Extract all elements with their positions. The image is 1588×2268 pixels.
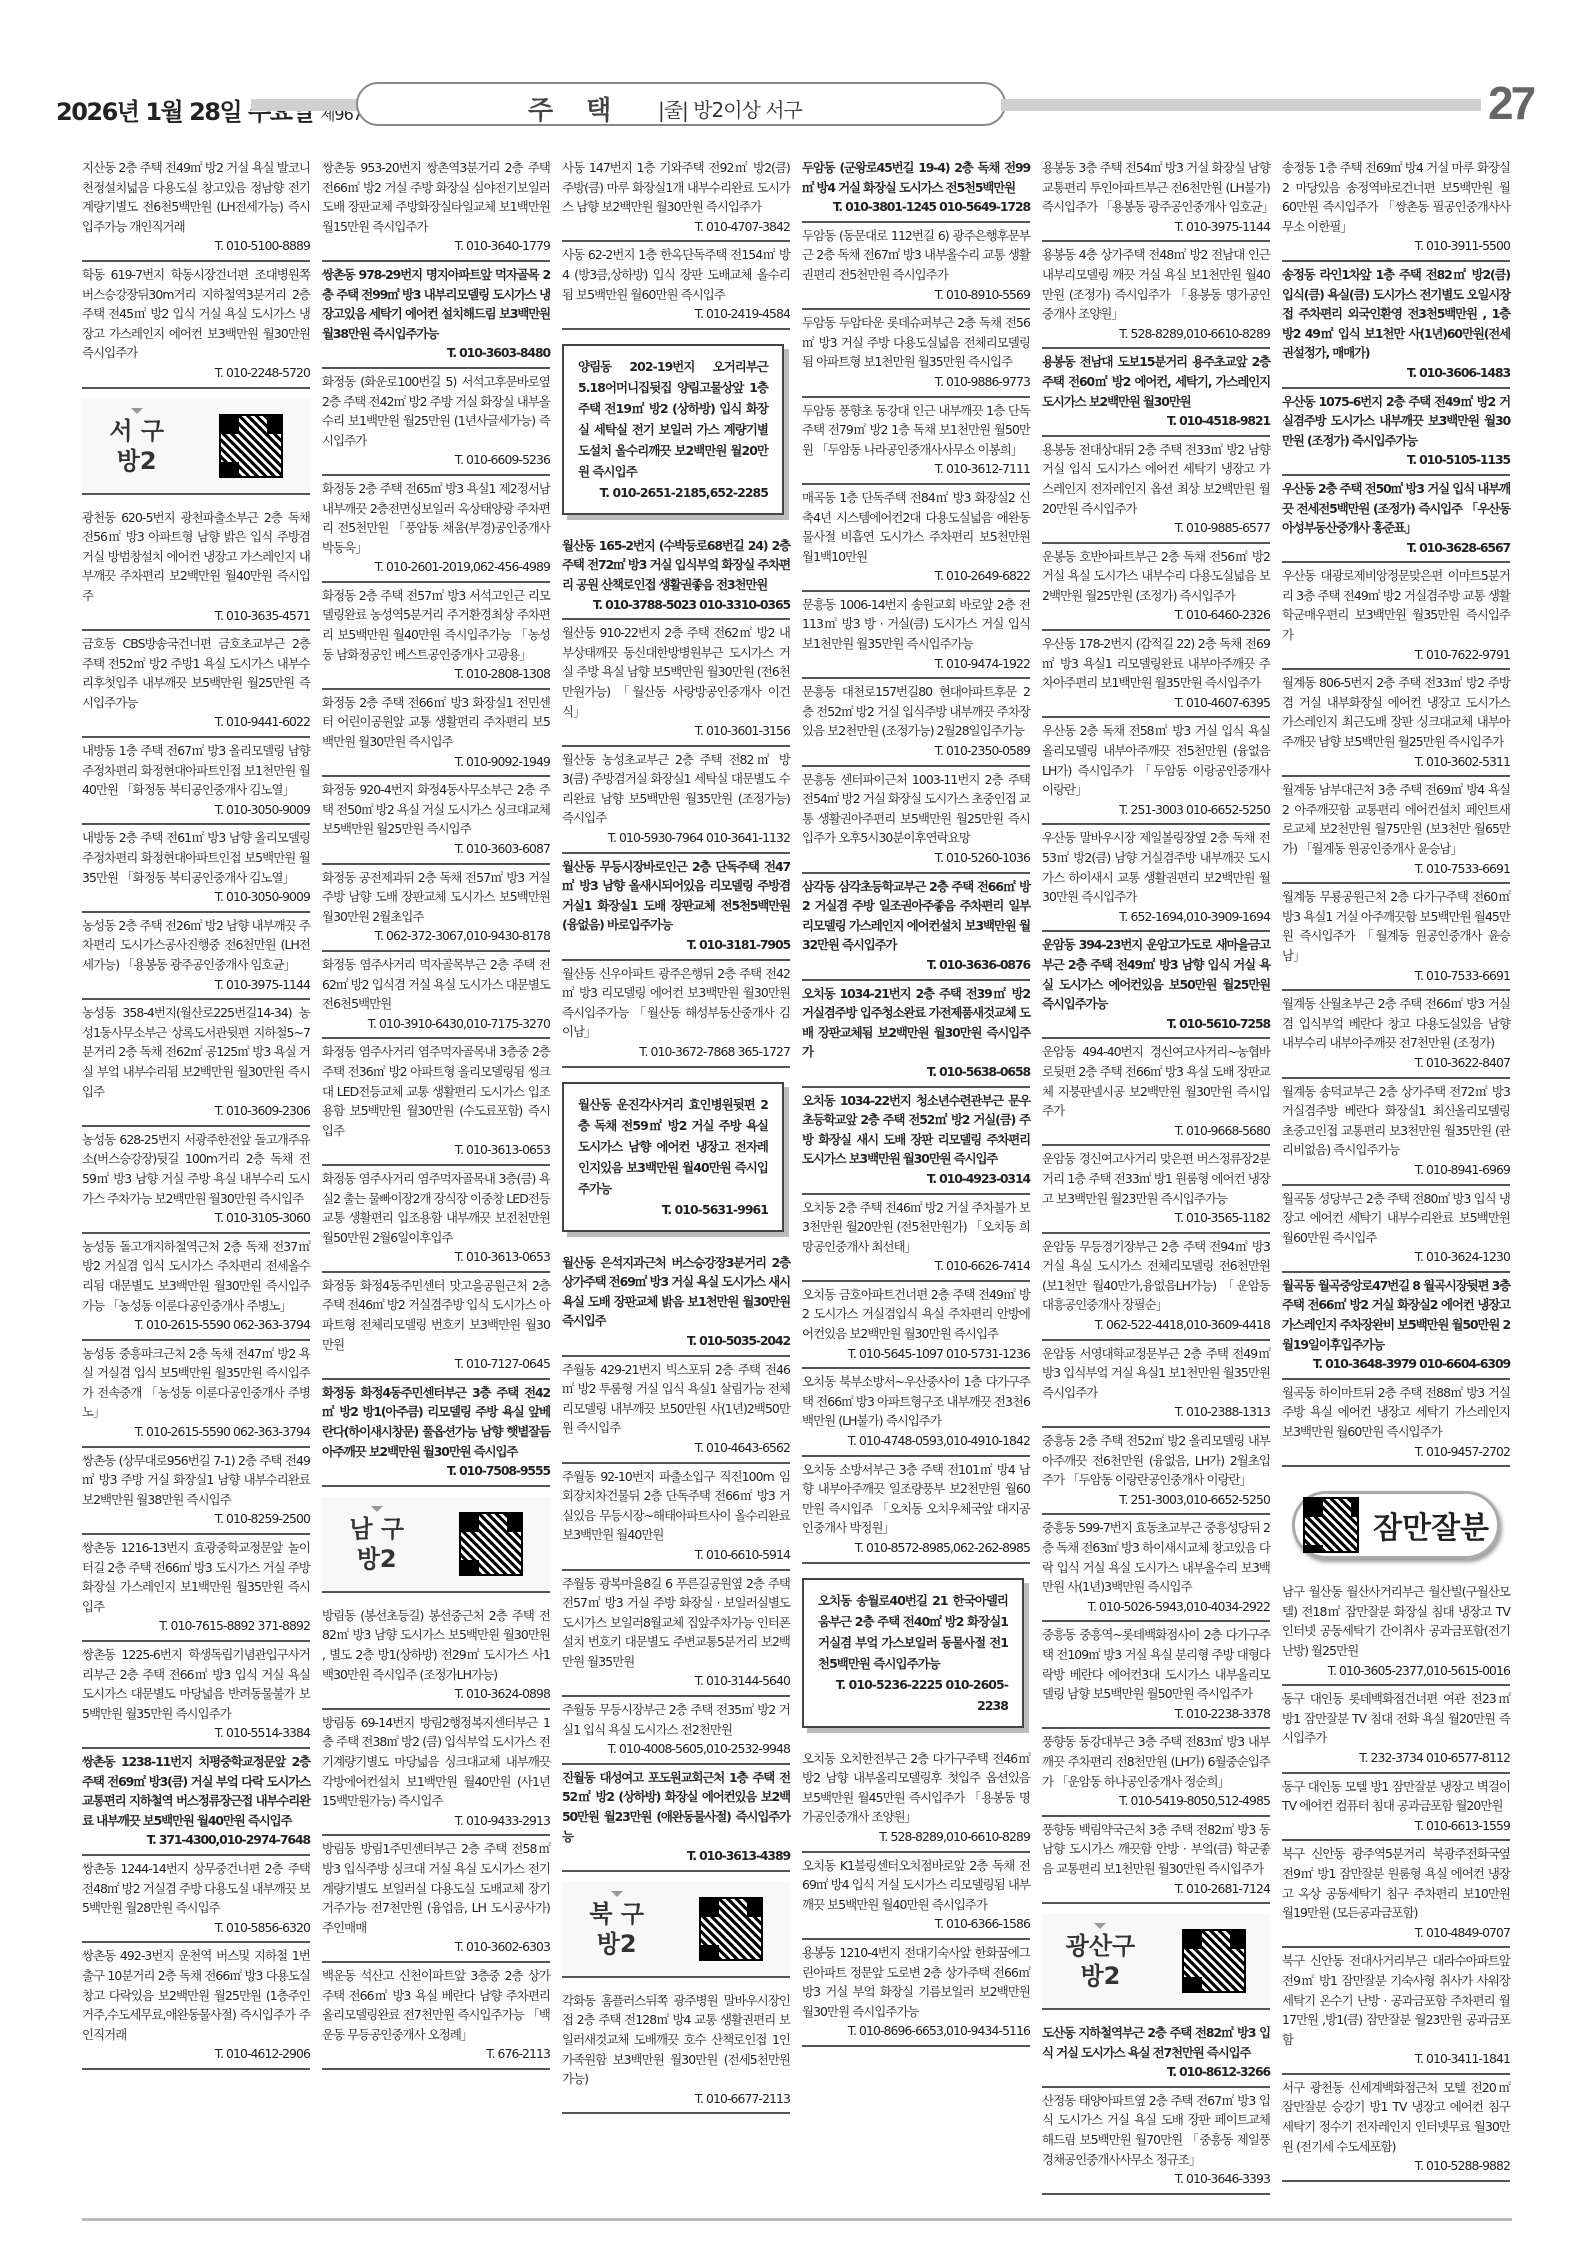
phone-number: T. 528-8289,010-6610-8289 [802, 1827, 1030, 1847]
listing-text: 용봉동 3층 주택 전54㎡ 방3 거실 화장실 남향 교통편리 투인아파트부근… [1042, 160, 1273, 214]
phone-number: T. 010-3624-1230 [1282, 1247, 1510, 1267]
listing-ad: 용봉동 3층 주택 전54㎡ 방3 거실 화장실 남향 교통편리 투인아파트부근… [1042, 155, 1270, 242]
phone-number: T. 371-4300,010-2974-7648 [82, 1830, 310, 1850]
listing-ad: 화정동 920-4번지 화정4동사무소부근 2층 주택 전50㎡ 방2 욕실 거… [322, 777, 550, 864]
listing-ad: 동구 대인동 모텔 방1 잠만잘분 냉장고 벽걸이TV 에어컨 컴퓨터 침대 공… [1282, 1774, 1510, 1842]
listing-ad: 우산동 2층 독채 전58㎡ 방3 거실 입식 욕실 올리모델링 내부아주깨끗 … [1042, 718, 1270, 825]
listing-ad: 쌍촌동 1244-14번지 상무중건너편 2층 주택 전48㎡ 방2 거실겸 주… [82, 1856, 310, 1943]
listing-text: 용봉동 전남대 도보15분거리 용주초교앞 2층 주택 전60㎡ 방2 에어컨,… [1042, 354, 1270, 408]
phone-number: T. 010-3565-1182 [1042, 1208, 1270, 1228]
phone-number: T. 010-3672-7868 365-1727 [562, 1042, 790, 1062]
column-1: 지산동 2층 주택 전49㎡ 방2 거실 욕실 발코니천정설치넓음 다용도실 창… [82, 155, 310, 2215]
phone-number: T. 010-3105-3060 [82, 1208, 310, 1228]
listing-text: 북구 신안동 전대사거리부근 대라수아파트앞 전9㎡ 방1 잠만잘분 기숙사형 … [1282, 1953, 1510, 2046]
phone-number: T. 010-7127-0645 [322, 1354, 550, 1374]
listing-text: 월곡동 월곡중앙로47번길 8 월곡시장뒷편 3층 주택 전66㎡ 방2 거실 … [1282, 1278, 1510, 1352]
phone-number: T. 010-6613-1559 [1282, 1816, 1510, 1836]
listing-text: 풍향동 동강대부근 3층 주택 전83㎡ 방3 내부깨끗 주차편리 전8천만원 … [1042, 1734, 1270, 1788]
listing-ad: 운암동 394-23번지 운암고가도로 새마을금고부근 2층 주택 전49㎡ 방… [1042, 932, 1270, 1039]
listing-ad: 우산동 말바우시장 제일볼링장옆 2층 독채 전53㎡ 방2(큼) 남향 거실겸… [1042, 825, 1270, 932]
phone-number: T. 010-3624-0898 [322, 1684, 550, 1704]
phone-number: T. 010-3635-4571 [82, 606, 310, 626]
section-subtitle: |줄| 방2이상 서구 [658, 94, 802, 123]
phone-number: T. 010-3602-5311 [1282, 752, 1510, 772]
qr-code-icon[interactable] [699, 1897, 763, 1961]
listing-ad: 금호동 CBS방송국건너편 금호초교부근 2층 주택 전52㎡ 방2 주방1 욕… [82, 631, 310, 738]
listing-ad: 화정동 2층 주택 전57㎡ 방3 서석고인근 리모델링완료 농성역5분거리 주… [322, 583, 550, 690]
phone-number: T. 010-6610-5914 [562, 1545, 790, 1565]
phone-number: T. 010-3411-1841 [1282, 2049, 1510, 2069]
listing-text: 중흥동 중흥역~롯데백화점사이 2층 다가구주택 전109㎡ 방3 거실 욕실 … [1042, 1627, 1270, 1701]
listing-text: 오치동 오치한전부근 2층 다가구주택 전46㎡ 방2 남향 내부올리모델링후 … [802, 1751, 1030, 1825]
listing-text: 주월동 429-21번지 빅스포뒤 2층 주택 전46㎡ 방2 투룸형 거실 입… [562, 1362, 790, 1436]
phone-number: T. 010-3602-6303 [322, 1937, 550, 1957]
listing-ad: 학동 619-7번지 학동시장건너편 조대병원쪽 버스승강장뒤30m거리 지하철… [82, 262, 310, 389]
phone-number: T. 010-5638-0658 [802, 1062, 1030, 1082]
phone-number: T. 232-3734 010-6577-8112 [1282, 1748, 1510, 1768]
phone-number: T. 010-3911-5500 [1282, 236, 1510, 256]
listing-text: 월곡동 하이마트뒤 2층 주택 전88㎡ 방3 거실 주방 욕실 에어컨 냉장고… [1282, 1385, 1510, 1439]
listing-text: 주월동 92-10번지 파출소입구 직진100m 임 회장치차건물뒤 2층 단독… [562, 1469, 790, 1543]
listing-text: 용봉동 4층 상가주택 전48㎡ 방2 전남대 인근 내부리모델링 깨끗 거실 … [1042, 247, 1270, 321]
listing-ad: 송정동 1층 주택 전69㎡ 방4 거실 마루 화장실2 마당있음 송정역바로건… [1282, 155, 1510, 262]
section-title: 주 택 [528, 90, 623, 127]
phone-number: T. 010-5930-7964 010-3641-1132 [562, 828, 790, 848]
phone-number: T. 010-3601-3156 [562, 721, 790, 741]
phone-number: T. 010-2601-2019,062-456-4989 [322, 557, 550, 577]
listing-text: 월곡동 성당부근 2층 주택 전80㎡ 방3 입식 냉장고 에어컨 세탁기 내부… [1282, 1191, 1510, 1245]
phone-number: T. 010-5288-9882 [1282, 2156, 1510, 2176]
listing-ad: 오치동 송월로40번길 21 한국아델리움부근 2층 주택 전40㎡ 방2 화장… [802, 1578, 1024, 1728]
listing-text: 운암동 경신여고사거리 맞은편 버스정류장2분거리 1층 주택 전33㎡ 방1 … [1042, 1151, 1270, 1205]
listing-text: 방림동 69-14번지 방림2행정복지센터부근 1층 주택 전38㎡ 방2 (큼… [322, 1715, 550, 1808]
listing-ad: 용봉동 4층 상가주택 전48㎡ 방2 전남대 인근 내부리모델링 깨끗 거실 … [1042, 242, 1270, 349]
listing-ad: 주월동 무등시장부근 2층 주택 전35㎡ 방2 거실1 입식 욕실 도시가스 … [562, 1697, 790, 1765]
district-header-gwangsangu: 광산구방2 [1042, 1914, 1270, 2010]
listing-ad: 농성동 2층 주택 전26㎡ 방2 남향 내부깨끗 주차편리 도시가스공사진행중… [82, 913, 310, 1000]
phone-number: T. 010-5610-7258 [1042, 1014, 1270, 1034]
listing-text: 화정동 화정4동주민센터부근 3층 주택 전42㎡ 방2 방1(아주큼) 리모델… [322, 1385, 550, 1459]
listing-text: 두암동 (동문대로 112번길 6) 광주은행후문부근 2층 독채 전67㎡ 방… [802, 228, 1030, 282]
listing-text: 운암동 494-40번지 경신여고사거리~농협바로뒷편 2층 주택 전66㎡ 방… [1042, 1044, 1270, 1118]
listing-text: 오치동 1034-21번지 2층 주택 전39㎡ 방2 거실겸주방 입주청소완료… [802, 986, 1030, 1060]
phone-number: T. 010-3050-9009 [82, 887, 310, 907]
phone-number: T. 010-6609-5236 [322, 450, 550, 470]
listing-text: 송정동 라인1차앞 1층 주택 전82㎡ 방2(큼) 입식(큼) 욕실(큼) 도… [1282, 267, 1510, 360]
listing-text: 월산동 은석지과근처 버스승강장3분거리 2층 상가주택 전69㎡ 방3 거실 … [562, 1255, 790, 1329]
listing-text: 운암동 서영대학교정문부근 2층 주택 전49㎡ 방3 입식부엌 거실 욕실1 … [1042, 1346, 1270, 1400]
phone-number: T. 010-3975-1144 [82, 975, 310, 995]
listing-text: 광천동 620-5번지 광천파출소부근 2층 독채 전56㎡ 방3 아파트형 남… [82, 510, 310, 603]
listing-text: 금호동 CBS방송국건너편 금호초교부근 2층 주택 전52㎡ 방2 주방1 욕… [82, 636, 310, 710]
listing-text: 백운동 석산고 신천이파트앞 3층중 2층 상가주택 전66㎡ 방3 욕실 베란… [322, 1968, 550, 2042]
phone-number: T. 010-8572-8985,062-262-8985 [802, 1538, 1030, 1558]
listing-ad: 주월동 광복마을8길 6 푸른길공원옆 2층 주택 전57㎡ 방3 거실 주방 … [562, 1571, 790, 1698]
phone-number: T. 010-3612-7111 [802, 459, 1030, 479]
header-rule-left [251, 99, 361, 111]
listing-text: 오치동 북부소방서~우산중사이 1층 다가구주택 전66㎡ 방3 아파트형구조 … [802, 1374, 1030, 1428]
listing-ad: 화정동 공전제과뒤 2층 독채 전57㎡ 방3 거실 주방 남향 도배 장판교체… [322, 865, 550, 952]
phone-number: T. 010-6366-1586 [802, 1914, 1030, 1934]
phone-number: T. 010-6626-7414 [802, 1256, 1030, 1276]
listing-ad: 주월동 429-21번지 빅스포뒤 2층 주택 전46㎡ 방2 투룸형 거실 입… [562, 1357, 790, 1464]
listing-ad: 농성동 358-4번지(월산로225번길14-34) 농성1동사무소부근 상록도… [82, 1000, 310, 1127]
listing-text: 화정동 화정4동주민센터 맛고을공원근처 2층 주택 전46㎡ 방2 거실겸주방… [322, 1278, 550, 1352]
listing-ad: 남구 월산동 월산사거리부근 월산빌(구월산모텔) 전18㎡ 잠만잘분 화장실 … [1282, 1579, 1510, 1686]
listing-ad: 용봉동 1210-4번지 전대기숙사앞 한화꿈에그린아파트 정문앞 도로변 2층… [802, 1940, 1030, 2047]
phone-number: T. 010-9441-6022 [82, 712, 310, 732]
listing-ad: 월곡동 하이마트뒤 2층 주택 전88㎡ 방3 거실 주방 욕실 에어컨 냉장고… [1282, 1380, 1510, 1467]
listing-text: 우산동 대광로제비앙정문맞은편 이마트5분거리 3층 주택 전49㎡ 방2 거실… [1282, 568, 1510, 642]
listing-ad: 화정동 염주사거리 먹자골목부근 2층 주택 전62㎡ 방2 입식겸 거실 욕실… [322, 952, 550, 1039]
column-2: 쌍촌동 953-20번지 쌍촌역3분거리 2층 주택 전66㎡ 방2 거실 주방… [322, 155, 550, 2215]
listing-ad: 오치동 1034-21번지 2층 주택 전39㎡ 방2 거실겸주방 입주청소완료… [802, 981, 1030, 1088]
listing-ad: 월곡동 월곡중앙로47번길 8 월곡시장뒷편 3층 주택 전66㎡ 방2 거실 … [1282, 1273, 1510, 1380]
qr-code-icon[interactable] [1182, 1929, 1246, 1993]
listing-text: 사동 147번지 1층 기와주택 전92㎡ 방2(큼) 주방(큼) 마루 화장실… [562, 160, 790, 214]
phone-number: T. 010-5419-8050,512-4985 [1042, 1791, 1270, 1811]
listing-text: 화정동 공전제과뒤 2층 독채 전57㎡ 방3 거실 주방 남향 도배 장판교체… [322, 870, 550, 924]
listing-ad: 각화동 홈플러스뒤쪽 광주병원 말바우시장인접 2층 주택 전128㎡ 방4 교… [562, 1988, 790, 2115]
listing-ad: 두암동 풍향초 동강대 인근 내부깨끗 1층 단독주택 전79㎡ 방2 1층 독… [802, 398, 1030, 485]
phone-number: T. 010-3636-0876 [802, 955, 1030, 975]
phone-number: T. 010-7533-6691 [1282, 859, 1510, 879]
listing-text: 농성동 2층 주택 전26㎡ 방2 남향 내부깨끗 주차편리 도시가스공사진행중… [82, 918, 310, 972]
listing-ad: 우산동 2층 주택 전50㎡ 방3 거실 입식 내부깨끗 전세전5백만원 (조정… [1282, 476, 1510, 563]
phone-number: T. 010-9092-1949 [322, 752, 550, 772]
listing-ad: 지산동 2층 주택 전49㎡ 방2 거실 욕실 발코니천정설치넓음 다용도실 창… [82, 155, 310, 262]
listing-ad: 운암동 무등경기장부근 2층 주택 전94㎡ 방3 거실 욕실 도시가스 전체리… [1042, 1234, 1270, 1341]
listing-text: 농성동 358-4번지(월산로225번길14-34) 농성1동사무소부근 상록도… [82, 1005, 310, 1098]
phone-number: T. 010-4748-0593,010-4910-1842 [802, 1431, 1030, 1451]
phone-number: T. 010-2649-6822 [802, 566, 1030, 586]
listing-text: 주월동 광복마을8길 6 푸른길공원옆 2층 주택 전57㎡ 방3 거실 주방 … [562, 1576, 790, 1669]
listing-ad: 월계동 남부대근처 3층 주택 전69㎡ 방4 욕실2 아주깨끗함 교통편리 에… [1282, 777, 1510, 884]
listing-ad: 주월동 92-10번지 파출소입구 직진100m 임 회장치차건물뒤 2층 단독… [562, 1464, 790, 1571]
listing-text: 우산동 1075-6번지 2층 주택 전49㎡ 방2 거실겸주방 도시가스 내부… [1282, 394, 1510, 448]
listing-ad: 동구 대인동 롯데백화점건너편 여관 전23㎡ 방1 잠만잘분 TV 침대 전화… [1282, 1686, 1510, 1773]
phone-number: T. 676-2113 [322, 2044, 550, 2064]
listing-ad: 서구 광천동 신세계백화점근처 모텔 전20㎡ 잠만잘분 승강기 방1 TV 냉… [1282, 2075, 1510, 2182]
listing-text: 오치동 2층 주택 전46㎡ 방2 거실 주차불가 보3천만원 월20만원 (전… [802, 1200, 1030, 1254]
phone-number: T. 010-9668-5680 [1042, 1121, 1270, 1141]
phone-number: T. 010-5514-3384 [82, 1723, 310, 1743]
listing-text: 북구 신안동 광주역5분거리 북광주전화국옆 전9㎡ 방1 잠만잘분 원룸형 욕… [1282, 1846, 1510, 1920]
listing-text: 두암동 두암타운 롯데슈퍼부근 2층 독채 전56㎡ 방3 거실 주방 다용도실… [802, 315, 1030, 369]
listing-ad: 쌍촌동 (상무대로956번길 7-1) 2층 주택 전49㎡ 방3 주방 거실 … [82, 1448, 310, 1535]
listing-text: 송정동 1층 주택 전69㎡ 방4 거실 마루 화장실2 마당있음 송정역바로건… [1282, 160, 1510, 234]
phone-number: T. 010-4923-0314 [802, 1169, 1030, 1189]
listing-text: 용봉동 전대상대뒤 2층 주택 전33㎡ 방2 남향 거실 입식 도시가스 에어… [1042, 442, 1270, 516]
listing-text: 화정동 염주사거리 먹자골목부근 2층 주택 전62㎡ 방2 입식겸 거실 욕실… [322, 957, 550, 1011]
listing-ad: 농성동 628-25번지 서광주한전앞 돌고개주유소(버스승강장)뒷길 100m… [82, 1127, 310, 1234]
listing-ad: 화정동 염주사거리 염주먹자골목내 3층(큼) 욕실2 출는 물빠이장2개 장식… [322, 1166, 550, 1273]
listing-ad: 농성동 돌고개지하철역근처 2층 독채 전37㎡ 방2 거실겸 입식 도시가스 … [82, 1234, 310, 1341]
listing-text: 동구 대인동 롯데백화점건너편 여관 전23㎡ 방1 잠만잘분 TV 침대 전화… [1282, 1691, 1510, 1745]
phone-number: T. 010-3613-0653 [322, 1247, 550, 1267]
phone-number: T. 010-3613-0653 [322, 1140, 550, 1160]
listing-text: 사동 62-2번지 1층 한옥단독주택 전154㎡ 방4 (방3큼,상하방) 입… [562, 247, 790, 301]
district-header-bukgu: 북 구방2 [562, 1882, 790, 1978]
listing-ad: 오치동 오치한전부근 2층 다가구주택 전46㎡ 방2 남향 내부올리모델링후 … [802, 1746, 1030, 1853]
listing-text: 양림동 202-19번지 오거리부근 5.18어머니집뒷집 양림고물상앞 1층 … [578, 359, 768, 479]
phone-number: T. 010-2681-7124 [1042, 1879, 1270, 1899]
listing-text: 월계동 남부대근처 3층 주택 전69㎡ 방4 욕실2 아주깨끗함 교통편리 에… [1282, 782, 1510, 856]
listing-text: 오치동 소방서부근 3층 주택 전101㎡ 방4 남향 내부아주깨끗 일조량풍부… [802, 1462, 1030, 1536]
listing-ad: 쌍촌동 953-20번지 쌍촌역3분거리 2층 주택 전66㎡ 방2 거실 주방… [322, 155, 550, 262]
phone-number: T. 010-7508-9555 [322, 1461, 550, 1481]
listing-text: 문흥동 센터파이근처 1003-11번지 2층 주택 전54㎡ 방2 거실 화장… [802, 772, 1030, 846]
phone-number: T. 010-2808-1308 [322, 664, 550, 684]
phone-number: T. 010-9433-2913 [322, 1811, 550, 1831]
phone-number: T. 010-3613-4389 [562, 1846, 790, 1866]
listing-ad: 중흥동 599-7번지 효동초교부근 중흥성당뒤 2층 독채 전63㎡ 방3 하… [1042, 1515, 1270, 1622]
listing-ad: 운암동 494-40번지 경신여고사거리~농협바로뒷편 2층 주택 전66㎡ 방… [1042, 1039, 1270, 1146]
listing-text: 서구 광천동 신세계백화점근처 모텔 전20㎡ 잠만잘분 승강기 방1 TV 냉… [1282, 2080, 1510, 2154]
qr-code-icon[interactable] [219, 414, 283, 478]
phone-number: T. 010-4607-6395 [1042, 693, 1270, 713]
phone-number: T. 010-3603-8480 [322, 343, 550, 363]
listing-ad: 쌍촌동 1225-6번지 학생독립기념관입구사거리부근 2층 주택 전66㎡ 방… [82, 1642, 310, 1749]
phone-number: T. 010-7615-8892 371-8892 [82, 1616, 310, 1636]
listing-text: 쌍촌동 953-20번지 쌍촌역3분거리 2층 주택 전66㎡ 방2 거실 주방… [322, 160, 550, 234]
listing-ad: 월산동 운진각사거리 효인병원뒷편 2층 독채 전59㎡ 방2 거실 주방 욕실… [562, 1082, 784, 1232]
listing-text: 화정동 920-4번지 화정4동사무소부근 2층 주택 전50㎡ 방2 욕실 거… [322, 782, 550, 836]
listing-text: 운암동 394-23번지 운암고가도로 새마을금고부근 2층 주택 전49㎡ 방… [1042, 937, 1270, 1011]
listing-text: 풍향동 백림약국근처 3층 주택 전82㎡ 방3 동남향 도시가스 깨끗함 안방… [1042, 1822, 1270, 1876]
listing-text: 화정동 염주사거리 염주먹자골목내 3층(큼) 욕실2 출는 물빠이장2개 장식… [322, 1171, 550, 1245]
phone-number: T. 010-6460-2326 [1042, 605, 1270, 625]
listing-ad: 쌍촌동 1238-11번지 치평중학교정문앞 2층 주택 전69㎡ 방3(큼) … [82, 1749, 310, 1856]
listing-ad: 오치동 2층 주택 전46㎡ 방2 거실 주차불가 보3천만원 월20만원 (전… [802, 1195, 1030, 1282]
listing-text: 우산동 2층 독채 전58㎡ 방3 거실 입식 욕실 올리모델링 내부아주깨끗 … [1042, 723, 1270, 797]
column-3: 사동 147번지 1층 기와주택 전92㎡ 방2(큼) 주방(큼) 마루 화장실… [562, 155, 790, 2215]
listing-ad: 문흥동 대천로157번길80 현대아파트후문 2층 전52㎡ 방2 거실 입식주… [802, 679, 1030, 766]
listing-text: 농성동 628-25번지 서광주한전앞 돌고개주유소(버스승강장)뒷길 100m… [82, 1132, 310, 1206]
page-number: 27 [1488, 76, 1533, 130]
phone-number: T. 652-1694,010-3909-1694 [1042, 907, 1270, 927]
listing-ad: 백운동 석산고 신천이파트앞 3층중 2층 상가주택 전66㎡ 방3 욕실 베란… [322, 1963, 550, 2070]
phone-number: T. 010-3181-7905 [562, 935, 790, 955]
phone-number: T. 010-3801-1245 010-5649-1728 [802, 197, 1030, 217]
listing-text: 문흥동 1006-14번지 송원교회 바로앞 2층 전113㎡ 방3 방 · 거… [802, 597, 1030, 651]
phone-number: T. 010-3144-5640 [562, 1671, 790, 1691]
phone-number: T. 062-372-3067,010-9430-8178 [322, 926, 550, 946]
column-6: 송정동 1층 주택 전69㎡ 방4 거실 마루 화장실2 마당있음 송정역바로건… [1282, 155, 1510, 2215]
listing-text: 내방동 2층 주택 전61㎡ 방3 남향 올리모델링 주정차편리 화정현대아파트… [82, 830, 310, 884]
page-header: 2026년 1월 28일 수요일 제9671호 주 택 |줄| 방2이상 서구 … [56, 82, 1536, 128]
listing-text: 오치동 금호아파트건너편 2층 주택 전49㎡ 방2 도시가스 거실겸입식 욕실… [802, 1287, 1030, 1341]
phone-number: T. 010-9886-9773 [802, 372, 1030, 392]
phone-number: T. 010-5105-1135 [1282, 450, 1510, 470]
listing-ad: 문흥동 1006-14번지 송원교회 바로앞 2층 전113㎡ 방3 방 · 거… [802, 592, 1030, 679]
listing-text: 농성동 중흥파크근처 2층 독채 전47㎡ 방2 욕실 거실겸 입식 보5백만원… [82, 1346, 310, 1420]
listing-text: 화정동 2층 주택 전65㎡ 방3 욕실1 제2정서남 내부깨끗 2층전면싱보일… [322, 481, 550, 555]
listing-text: 각화동 홈플러스뒤쪽 광주병원 말바우시장인접 2층 주택 전128㎡ 방4 교… [562, 1993, 790, 2086]
header-rule-right [1001, 99, 1481, 111]
phone-number: T. 010-8941-6969 [1282, 1160, 1510, 1180]
listing-ad: 매곡동 1층 단독주택 전84㎡ 방3 화장실2 신축4년 시스템에어컨2대 다… [802, 485, 1030, 592]
phone-number: T. 010-3788-5023 010-3310-0365 [562, 595, 790, 615]
listing-text: 용봉동 1210-4번지 전대기숙사앞 한화꿈에그린아파트 정문앞 도로변 2층… [802, 1945, 1030, 2019]
listing-text: 화정동 2층 주택 전66㎡ 방3 화장실1 전민센터 어린이공원앞 교통 생활… [322, 695, 550, 749]
listing-ad: 삼각동 삼각초등학교부근 2층 주택 전66㎡ 방2 거실겸 주방 일조권아주좋… [802, 874, 1030, 981]
phone-number: T. 010-5260-1036 [802, 848, 1030, 868]
listing-text: 매곡동 1층 단독주택 전84㎡ 방3 화장실2 신축4년 시스템에어컨2대 다… [802, 490, 1030, 564]
listing-ad: 두암동 (군왕로45번길 19-4) 2층 독채 전99㎡ 방4 거실 화장실 … [802, 155, 1030, 223]
phone-number: T. 010-3910-6430,010-7175-3270 [322, 1014, 550, 1034]
listing-text: 월계동 806-5번지 2층 주택 전33㎡ 방2 주방겸 거실 내부화장실 에… [1282, 675, 1510, 749]
district-header-seogu: 서 구방2 [82, 399, 310, 495]
phone-number: T. 010-3622-8407 [1282, 1053, 1510, 1073]
phone-number: T. 010-4612-2906 [82, 2044, 310, 2064]
listing-text: 운암동 무등경기장부근 2층 주택 전94㎡ 방3 거실 욕실 도시가스 전체리… [1042, 1239, 1270, 1313]
listing-text: 화정동 2층 주택 전57㎡ 방3 서석고인근 리모델링완료 농성역5분거리 주… [322, 588, 550, 662]
listing-text: 운봉동 호반아파트부근 2층 독채 전56㎡ 방2 거실 욕실 도시가스 내부수… [1042, 549, 1270, 603]
listing-text: 화정동 염주사거리 염주먹자골목내 3층중 2층 주택 전36㎡ 방2 아파트형… [322, 1044, 550, 1137]
phone-number: T. 010-5856-6320 [82, 1918, 310, 1938]
column-4: 두암동 (군왕로45번길 19-4) 2층 독채 전99㎡ 방4 거실 화장실 … [802, 155, 1030, 2215]
listing-text: 월산동 운진각사거리 효인병원뒷편 2층 독채 전59㎡ 방2 거실 주방 욕실… [578, 1097, 768, 1196]
listing-text: 월계동 산월초부근 2층 주택 전66㎡ 방3 거실겸 입식부엌 베란다 창고 … [1282, 996, 1510, 1050]
section-pill: 주 택 |줄| 방2이상 서구 [356, 82, 1006, 126]
listing-text: 쌍촌동 1216-13번지 효광중학교정문앞 놀이터길 2층 주택 전66㎡ 방… [82, 1540, 310, 1614]
listing-ad: 중흥동 2층 주택 전52㎡ 방2 올리모델링 내부아주깨끗 전6천만원 (융없… [1042, 1428, 1270, 1515]
listing-ad: 월산동 은석지과근처 버스승강장3분거리 2층 상가주택 전69㎡ 방3 거실 … [562, 1250, 790, 1357]
listing-text: 월계동 송덕교부근 2층 상가주택 전72㎡ 방3 거실겸주방 베란다 화장실1… [1282, 1084, 1510, 1158]
listing-ad: 운암동 서영대학교정문부근 2층 주택 전49㎡ 방3 입식부엌 거실 욕실1 … [1042, 1341, 1270, 1428]
listing-ad: 월산동 신우아파트 광주은행뒤 2층 주택 전42㎡ 방3 리모델링 에어컨 보… [562, 961, 790, 1068]
phone-number: T. 010-2238-3378 [1042, 1704, 1270, 1724]
phone-number: T. 010-5026-5943,010-4034-2922 [1042, 1597, 1270, 1617]
listing-ad: 화정동 염주사거리 염주먹자골목내 3층중 2층 주택 전36㎡ 방2 아파트형… [322, 1039, 550, 1166]
listing-ad: 오치동 금호아파트건너편 2층 주택 전49㎡ 방2 도시가스 거실겸입식 욕실… [802, 1282, 1030, 1369]
listing-text: 월계동 무룡공원근처 2층 다가구주택 전60㎡ 방3 욕실1 거실 아주깨끗함… [1282, 889, 1510, 963]
phone-number: T. 010-4643-6562 [562, 1438, 790, 1458]
listing-ad: 화정동 화정4동주민센터부근 3층 주택 전42㎡ 방2 방1(아주큼) 리모델… [322, 1380, 550, 1487]
listing-ad: 문흥동 센터파이근처 1003-11번지 2층 주택 전54㎡ 방2 거실 화장… [802, 767, 1030, 874]
listing-ad: 송정동 라인1차앞 1층 주택 전82㎡ 방2(큼) 입식(큼) 욕실(큼) 도… [1282, 262, 1510, 389]
listing-ad: 방림동 (봉선초등길) 봉선중근처 2층 주택 전82㎡ 방3 남향 도시가스 … [322, 1603, 550, 1710]
listing-ad: 내방동 2층 주택 전61㎡ 방3 남향 올리모델링 주정차편리 화정현대아파트… [82, 825, 310, 912]
phone-number: T. 010-8612-3266 [1042, 2062, 1270, 2082]
phone-number: T. 010-5645-1097 010-5731-1236 [802, 1344, 1030, 1364]
listing-ad: 내방동 1층 주택 전67㎡ 방3 올리모델링 남향 주정차편리 화정현대아파트… [82, 738, 310, 825]
phone-number: T. 010-2615-5590 062-363-3794 [82, 1422, 310, 1442]
listing-text: 동구 대인동 모텔 방1 잠만잘분 냉장고 벽걸이TV 에어컨 컴퓨터 침대 공… [1282, 1779, 1510, 1814]
phone-number: T. 010-8259-2500 [82, 1509, 310, 1529]
listing-text: 오치동 1034-22번지 청소년수련관부근 문우초등학교앞 2층 주택 전52… [802, 1093, 1030, 1167]
listing-text: 내방동 1층 주택 전67㎡ 방3 올리모델링 남향 주정차편리 화정현대아파트… [82, 743, 310, 797]
listing-ad: 광천동 620-5번지 광천파출소부근 2층 독채 전56㎡ 방3 아파트형 남… [82, 505, 310, 632]
listing-ad: 오치동 소방서부근 3층 주택 전101㎡ 방4 남향 내부아주깨끗 일조량풍부… [802, 1457, 1030, 1564]
phone-number: T. 010-2350-0589 [802, 741, 1030, 761]
phone-number: T. 010-4707-3842 [562, 217, 790, 237]
listing-ad: 운암동 경신여고사거리 맞은편 버스정류장2분거리 1층 주택 전33㎡ 방1 … [1042, 1146, 1270, 1233]
district-header-namgu: 남 구방2 [322, 1497, 550, 1593]
phone-number: T. 251-3003 010-6652-5250 [1042, 800, 1270, 820]
listing-text: 농성동 돌고개지하철역근처 2층 독채 전37㎡ 방2 거실겸 입식 도시가스 … [82, 1239, 310, 1313]
listing-ad: 풍향동 동강대부근 3층 주택 전83㎡ 방3 내부깨끗 주차편리 전8천만원 … [1042, 1729, 1270, 1816]
listing-ad: 월계동 무룡공원근처 2층 다가구주택 전60㎡ 방3 욕실1 거실 아주깨끗함… [1282, 884, 1510, 991]
listing-ad: 월산동 910-22번지 2층 주택 전62㎡ 방2 내부상태깨끗 동신대한방병… [562, 620, 790, 747]
listing-text: 두암동 (군왕로45번길 19-4) 2층 독채 전99㎡ 방4 거실 화장실 … [802, 160, 1030, 195]
phone-number: T. 010-7622-9791 [1282, 645, 1510, 665]
listing-ad: 월곡동 성당부근 2층 주택 전80㎡ 방3 입식 냉장고 에어컨 세탁기 내부… [1282, 1186, 1510, 1273]
listing-text: 월산동 무등시장바로인근 2층 단독주택 전47㎡ 방3 남향 올새시되어있음 … [562, 859, 790, 933]
phone-number: T. 010-9457-2702 [1282, 1442, 1510, 1462]
listing-text: 두암동 풍향초 동강대 인근 내부깨끗 1층 단독주택 전79㎡ 방2 1층 독… [802, 403, 1030, 457]
listing-ad: 두암동 두암타운 롯데슈퍼부근 2층 독채 전56㎡ 방3 거실 주방 다용도실… [802, 310, 1030, 397]
phone-number: T. 251-3003,010-6652-5250 [1042, 1490, 1270, 1510]
qr-code-icon[interactable] [1303, 1497, 1359, 1553]
listing-text: 방림동 방림1주민센터부근 2층 주택 전58㎡ 방3 입식주방 싱크대 거실 … [322, 1841, 550, 1934]
listing-ad: 용봉동 전대상대뒤 2층 주택 전33㎡ 방2 남향 거실 입식 도시가스 에어… [1042, 437, 1270, 544]
phone-number: T. 010-4008-5605,010-2532-9948 [562, 1739, 790, 1759]
phone-number: T. 010-3975-1144 [1042, 217, 1270, 237]
listing-ad: 농성동 중흥파크근처 2층 독채 전47㎡ 방2 욕실 거실겸 입식 보5백만원… [82, 1341, 310, 1448]
listing-ad: 우산동 대광로제비앙정문맞은편 이마트5분거리 3층 주택 전49㎡ 방2 거실… [1282, 563, 1510, 670]
listing-ad: 사동 62-2번지 1층 한옥단독주택 전154㎡ 방4 (방3큼,상하방) 입… [562, 242, 790, 329]
listing-text: 학동 619-7번지 학동시장건너편 조대병원쪽 버스승강장뒤30m거리 지하철… [82, 267, 310, 360]
phone-number: T. 010-2615-5590 062-363-3794 [82, 1315, 310, 1335]
listing-text: 우산동 178-2번지 (감적길 22) 2층 독채 전69㎡ 방3 욕실1 리… [1042, 636, 1270, 690]
listing-text: 진월동 대성여고 포도원교회근처 1층 주택 전52㎡ 방2 (상하방) 화장실… [562, 1770, 790, 1844]
phone-number: T. 010-3640-1779 [322, 236, 550, 256]
listing-ad: 도산동 지하철역부근 2층 주택 전82㎡ 방3 입식 거실 도시가스 욕실 전… [1042, 2020, 1270, 2088]
listing-text: 쌍촌동 (상무대로956번길 7-1) 2층 주택 전49㎡ 방3 주방 거실 … [82, 1453, 310, 1507]
listing-ad: 방림동 방림1주민센터부근 2층 주택 전58㎡ 방3 입식주방 싱크대 거실 … [322, 1836, 550, 1963]
listing-ad: 월계동 806-5번지 2층 주택 전33㎡ 방2 주방겸 거실 내부화장실 에… [1282, 670, 1510, 777]
district-label: 광산구방2 [1066, 1931, 1136, 1991]
phone-number: T. 010-9474-1922 [802, 654, 1030, 674]
listing-ad: 진월동 대성여고 포도원교회근처 1층 주택 전52㎡ 방2 (상하방) 화장실… [562, 1765, 790, 1872]
listing-ad: 오치동 1034-22번지 청소년수련관부근 문우초등학교앞 2층 주택 전52… [802, 1088, 1030, 1195]
listing-text: 주월동 무등시장부근 2층 주택 전35㎡ 방2 거실1 입식 욕실 도시가스 … [562, 1702, 790, 1737]
listing-ad: 양림동 202-19번지 오거리부근 5.18어머니집뒷집 양림고물상앞 1층 … [562, 344, 784, 515]
listing-text: 오치동 송월로40번길 21 한국아델리움부근 2층 주택 전40㎡ 방2 화장… [818, 1593, 1008, 1671]
phone-number: T. 010-8696-6653,010-9434-5116 [802, 2021, 1030, 2041]
listing-text: 중흥동 2층 주택 전52㎡ 방2 올리모델링 내부아주깨끗 전6천만원 (융없… [1042, 1433, 1270, 1487]
listing-ad: 북구 신안동 광주역5분거리 북광주전화국옆 전9㎡ 방1 잠만잘분 원룸형 욕… [1282, 1841, 1510, 1948]
district-label: 서 구방2 [109, 416, 164, 476]
qr-code-icon[interactable] [459, 1512, 523, 1576]
listing-ad: 우산동 178-2번지 (감적길 22) 2층 독채 전69㎡ 방3 욕실1 리… [1042, 631, 1270, 718]
phone-number: T. 062-522-4418,010-3609-4418 [1042, 1315, 1270, 1335]
listing-text: 우산동 2층 주택 전50㎡ 방3 거실 입식 내부깨끗 전세전5백만원 (조정… [1282, 481, 1510, 535]
listing-ad: 두암동 (동문대로 112번길 6) 광주은행후문부근 2층 독채 전67㎡ 방… [802, 223, 1030, 310]
phone-number: T. 010-3609-2306 [82, 1101, 310, 1121]
phone-number: T. 010-8910-5569 [802, 285, 1030, 305]
category-banner: 잠만잘분 [1292, 1491, 1500, 1559]
listing-text: 오치동 K1블링센터오치점바로앞 2층 독채 전69㎡ 방4 입식 거실 도시가… [802, 1858, 1030, 1912]
listing-text: 삼각동 삼각초등학교부근 2층 주택 전66㎡ 방2 거실겸 주방 일조권아주좋… [802, 879, 1030, 953]
listing-text: 남구 월산동 월산사거리부근 월산빌(구월산모텔) 전18㎡ 잠만잘분 화장실 … [1282, 1584, 1510, 1658]
listing-ad: 월산동 무등시장바로인근 2층 단독주택 전47㎡ 방3 남향 올새시되어있음 … [562, 854, 790, 961]
phone-number: T. 010-4518-9821 [1042, 411, 1270, 431]
classifieds-columns: 지산동 2층 주택 전49㎡ 방2 거실 욕실 발코니천정설치넓음 다용도실 창… [82, 155, 1512, 2215]
listing-ad: 오치동 북부소방서~우산중사이 1층 다가구주택 전66㎡ 방3 아파트형구조 … [802, 1369, 1030, 1456]
listing-text: 산정동 태양아파트옆 2층 주택 전67㎡ 방3 입식 도시가스 거실 욕실 도… [1042, 2093, 1270, 2167]
listing-ad: 쌍촌동 492-3번지 운천역 버스및 지하철 1번출구 10분거리 2층 독채… [82, 1943, 310, 2070]
district-label: 북 구방2 [589, 1899, 644, 1959]
listing-ad: 쌍촌동 1216-13번지 효광중학교정문앞 놀이터길 2층 주택 전66㎡ 방… [82, 1535, 310, 1642]
phone-number: T. 010-4849-0707 [1282, 1923, 1510, 1943]
listing-text: 방림동 (봉선초등길) 봉선중근처 2층 주택 전82㎡ 방3 남향 도시가스 … [322, 1608, 550, 1682]
phone-number: T. 010-5236-2225 010-2605-2238 [818, 1674, 1008, 1716]
listing-text: 우산동 말바우시장 제일볼링장옆 2층 독채 전53㎡ 방2(큼) 남향 거실겸… [1042, 830, 1270, 904]
listing-ad: 산정동 태양아파트옆 2층 주택 전67㎡ 방3 입식 도시가스 거실 욕실 도… [1042, 2088, 1270, 2195]
